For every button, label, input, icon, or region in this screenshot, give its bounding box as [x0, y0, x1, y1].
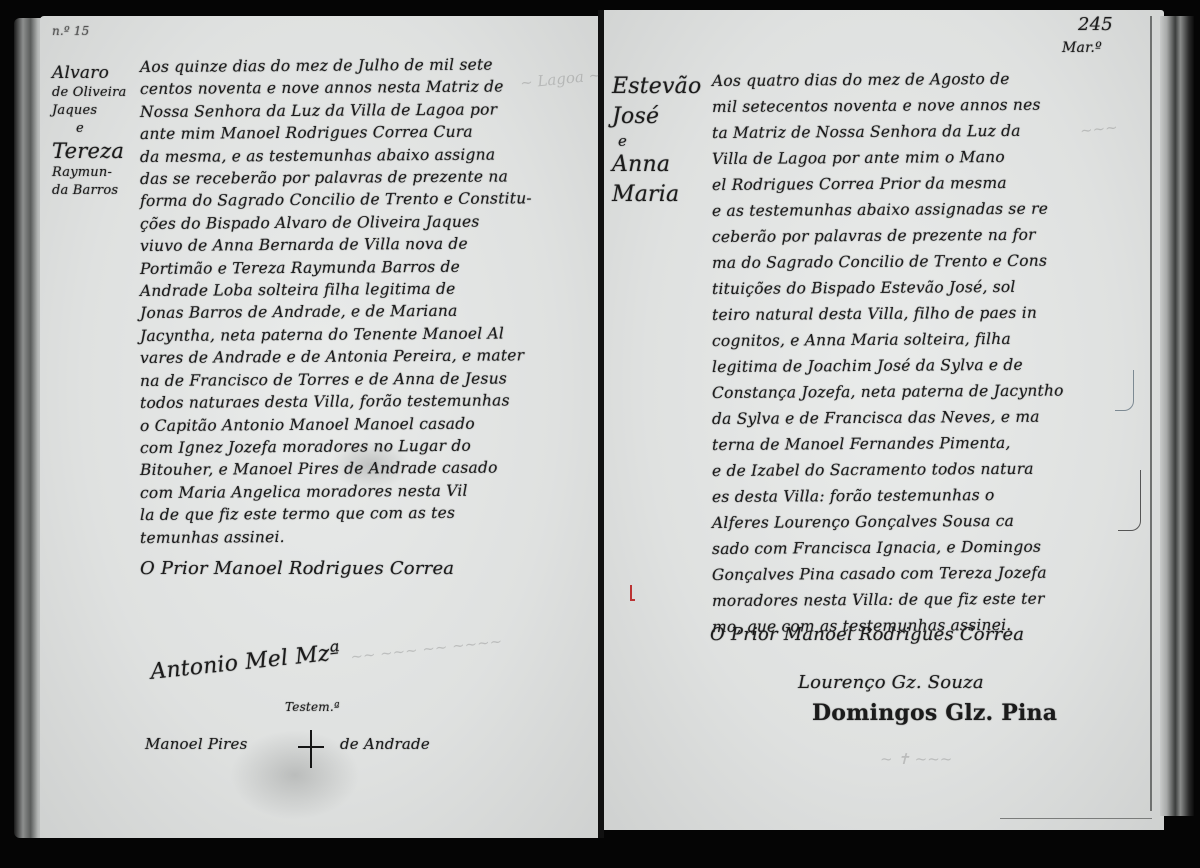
signature-domingos: Domingos Glz. Pina: [812, 700, 1057, 726]
text-line: es desta Villa: forão testemunhas o: [712, 481, 1072, 510]
text-line: Jacyntha, neta paterna do Tenente Manoel…: [140, 322, 500, 347]
text-line: Villa de Lagoa por ante mim o Mano: [712, 143, 1072, 172]
text-line: cognitos, e Anna Maria solteira, filha: [712, 325, 1072, 354]
text-line: Alferes Lourenço Gonçalves Sousa ca: [712, 507, 1072, 536]
text-line: forma do Sagrado Concilio de Trento e Co…: [140, 188, 500, 213]
right-page-margin-rule: [1150, 16, 1152, 811]
text-line: tituições do Bispado Estevão José, sol: [712, 273, 1072, 302]
text-line: ma do Sagrado Concilio de Trento e Cons: [712, 247, 1072, 276]
margin-name: e: [52, 120, 126, 138]
text-line: da mesma, e as testemunhas abaixo assign…: [140, 143, 500, 168]
text-line: ceberão por palavras de prezente na for: [712, 221, 1072, 250]
text-line: ante mim Manoel Rodrigues Correa Cura: [140, 121, 500, 146]
margin-name: Raymun-: [52, 164, 126, 182]
bottom-margin-rule: [1000, 818, 1152, 819]
margin-name: de Oliveira: [52, 84, 126, 102]
text-line: o Capitão Antonio Manoel Manoel casado: [140, 412, 500, 437]
text-line: sado com Francisca Ignacia, e Domingos: [712, 533, 1072, 562]
text-line: Bitouher, e Manoel Pires de Andrade casa…: [140, 457, 500, 482]
signature-lourenco: Lourenço Gz. Souza: [798, 672, 984, 693]
text-line: la de que fiz este termo que com as tes: [140, 502, 500, 527]
text-line: terna de Manoel Fernandes Pimenta,: [712, 429, 1072, 458]
text-line: com Maria Angelica moradores nesta Vil: [140, 479, 500, 504]
text-line: Nossa Senhora da Luz da Villa de Lagoa p…: [140, 98, 500, 123]
cross-mark: [298, 730, 324, 770]
text-line: legitima de Joachim José da Sylva e de: [712, 351, 1072, 380]
signature-manoel-pires: Manoel Pires: [145, 735, 247, 753]
right-page-stack-edge: [1160, 16, 1194, 816]
red-ink-mark: [630, 585, 635, 601]
text-line: temunhas assinei.: [140, 524, 500, 549]
left-margin-names: Alvaro de Oliveira Jaques e Tereza Raymu…: [52, 62, 126, 200]
text-line: e de Izabel do Sacramento todos natura: [712, 455, 1072, 484]
margin-name: Maria: [612, 180, 701, 210]
text-line: moradores nesta Villa: de que fiz este t…: [712, 585, 1072, 614]
text-line: el Rodrigues Correa Prior da mesma: [712, 169, 1072, 198]
text-line: Aos quinze dias do mez de Julho de mil s…: [140, 53, 500, 78]
text-line: e as testemunhas abaixo assignadas se re: [712, 195, 1072, 224]
margin-name: e: [612, 132, 701, 150]
margin-name: Tereza: [52, 138, 126, 164]
text-line: Portimão e Tereza Raymunda Barros de: [140, 255, 500, 280]
text-line: da Sylva e de Francisca das Neves, e ma: [712, 403, 1072, 432]
text-line: viuvo de Anna Bernarda de Villa nova de: [140, 233, 500, 258]
text-line: centos noventa e nove annos nesta Matriz…: [140, 76, 500, 101]
left-page-body: Aos quinze dias do mez de Julho de mil s…: [140, 56, 500, 549]
text-line: com Ignez Jozefa moradores no Lugar do: [140, 434, 500, 459]
margin-name: Jaques: [52, 102, 126, 120]
text-line: mil setecentos noventa e nove annos nes: [712, 91, 1072, 120]
corner-note: n.º 15: [52, 24, 89, 38]
text-line: teiro natural desta Villa, filho de paes…: [712, 299, 1072, 328]
right-page-body: Aos quatro dias do mez de Agosto de mil …: [712, 68, 1072, 640]
text-line: Jonas Barros de Andrade, e de Mariana: [140, 300, 500, 325]
margin-name: da Barros: [52, 182, 126, 200]
margin-name: Alvaro: [52, 62, 126, 84]
margin-name: José: [612, 102, 701, 132]
pencil-mark: [1118, 470, 1141, 531]
text-line: na de Francisco de Torres e de Anna de J…: [140, 367, 500, 392]
priest-signature-right: O Prior Manoel Rodrigues Correa: [710, 624, 1024, 645]
text-line: Andrade Loba solteira filha legitima de: [140, 278, 500, 303]
text-line: todos naturaes desta Villa, forão testem…: [140, 390, 500, 415]
text-line: vares de Andrade e de Antonia Pereira, e…: [140, 345, 500, 370]
manuscript-book-spread: ~ Lagoa ~ ~~~ ~~ ~~~ ~~ ~~~~ ~ ✝ ~~~ n.º…: [0, 0, 1200, 868]
witness-note: Testem.ª: [285, 700, 340, 714]
margin-name: Anna: [612, 150, 701, 180]
text-line: ta Matriz de Nossa Senhora da Luz da: [712, 117, 1072, 146]
text-line: Gonçalves Pina casado com Tereza Jozefa: [712, 559, 1072, 588]
priest-signature-left: O Prior Manoel Rodrigues Correa: [140, 558, 454, 579]
text-line: Aos quatro dias do mez de Agosto de: [712, 65, 1072, 94]
signature-de-andrade: de Andrade: [340, 735, 430, 753]
pencil-mark: [1115, 370, 1134, 411]
text-line: das se receberão por palavras de prezent…: [140, 166, 500, 191]
text-line: ções do Bispado Alvaro de Oliveira Jaque…: [140, 210, 500, 235]
margin-name: Estevão: [612, 72, 701, 102]
text-line: Constança Jozefa, neta paterna de Jacynt…: [712, 377, 1072, 406]
right-margin-names: Estevão José e Anna Maria: [612, 72, 701, 210]
page-number: 245: [1078, 14, 1113, 35]
folio-mark: Mar.º: [1062, 40, 1102, 56]
bleed-through-text: ~ ✝ ~~~: [880, 750, 952, 768]
